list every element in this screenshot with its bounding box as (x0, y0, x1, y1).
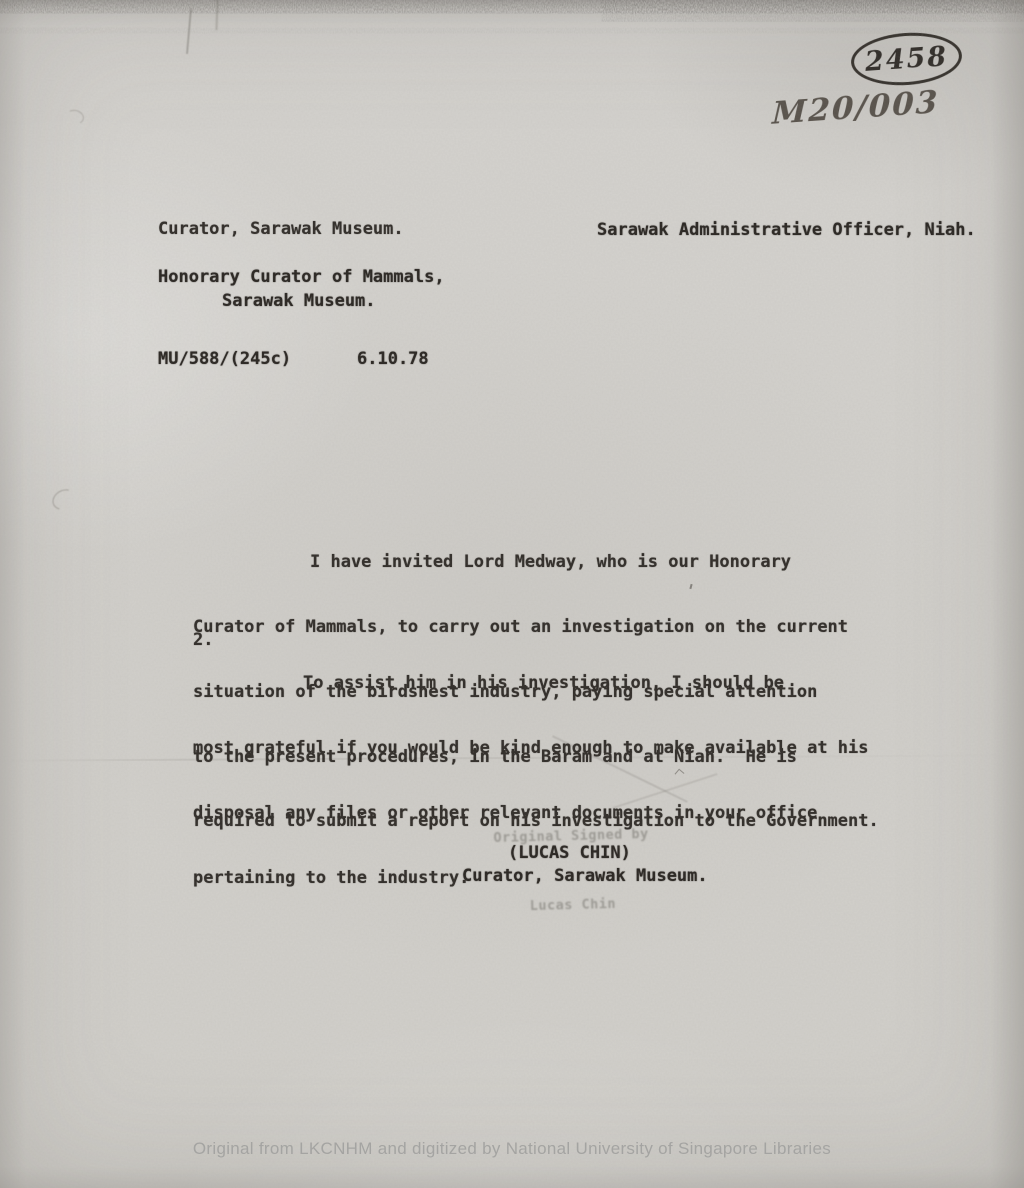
from-address-line: Sarawak Museum. (222, 291, 376, 313)
pencil-curve-mark (65, 108, 86, 126)
paragraph-line: To assist him in his investigation, I sh… (193, 673, 869, 695)
circled-number-text: 2458 (864, 41, 949, 78)
circled-number-annotation: 2458 (849, 29, 963, 89)
paragraph-line: I have invited Lord Medway, who is our H… (193, 552, 879, 574)
paragraph-line: most grateful if you would be kind enoug… (193, 738, 869, 760)
from-address-line: Curator, Sarawak Museum. (158, 219, 404, 241)
archive-number-annotation: M20/003 (772, 84, 940, 132)
digitization-credit-line: Original from LKCNHM and digitized by Na… (0, 1139, 1024, 1159)
scanned-letter-page: 2458 M20/003 Curator, Sarawak Museum. Sa… (0, 0, 1024, 1188)
reference-number: MU/588/(245c) (158, 349, 291, 371)
to-address-line: Sarawak Administrative Officer, Niah. (597, 220, 976, 242)
signatory-name: (LUCAS CHIN) (508, 843, 631, 865)
pencil-stroke-mark (186, 8, 192, 54)
stamp-line: Lucas Chin (493, 892, 654, 919)
from-address-line: Honorary Curator of Mammals, (158, 267, 445, 289)
letter-date: 6.10.78 (357, 349, 429, 371)
pencil-stroke-mark (215, 0, 218, 30)
signatory-title: Curator, Sarawak Museum. (462, 866, 708, 888)
pencil-curve-mark (49, 485, 79, 513)
